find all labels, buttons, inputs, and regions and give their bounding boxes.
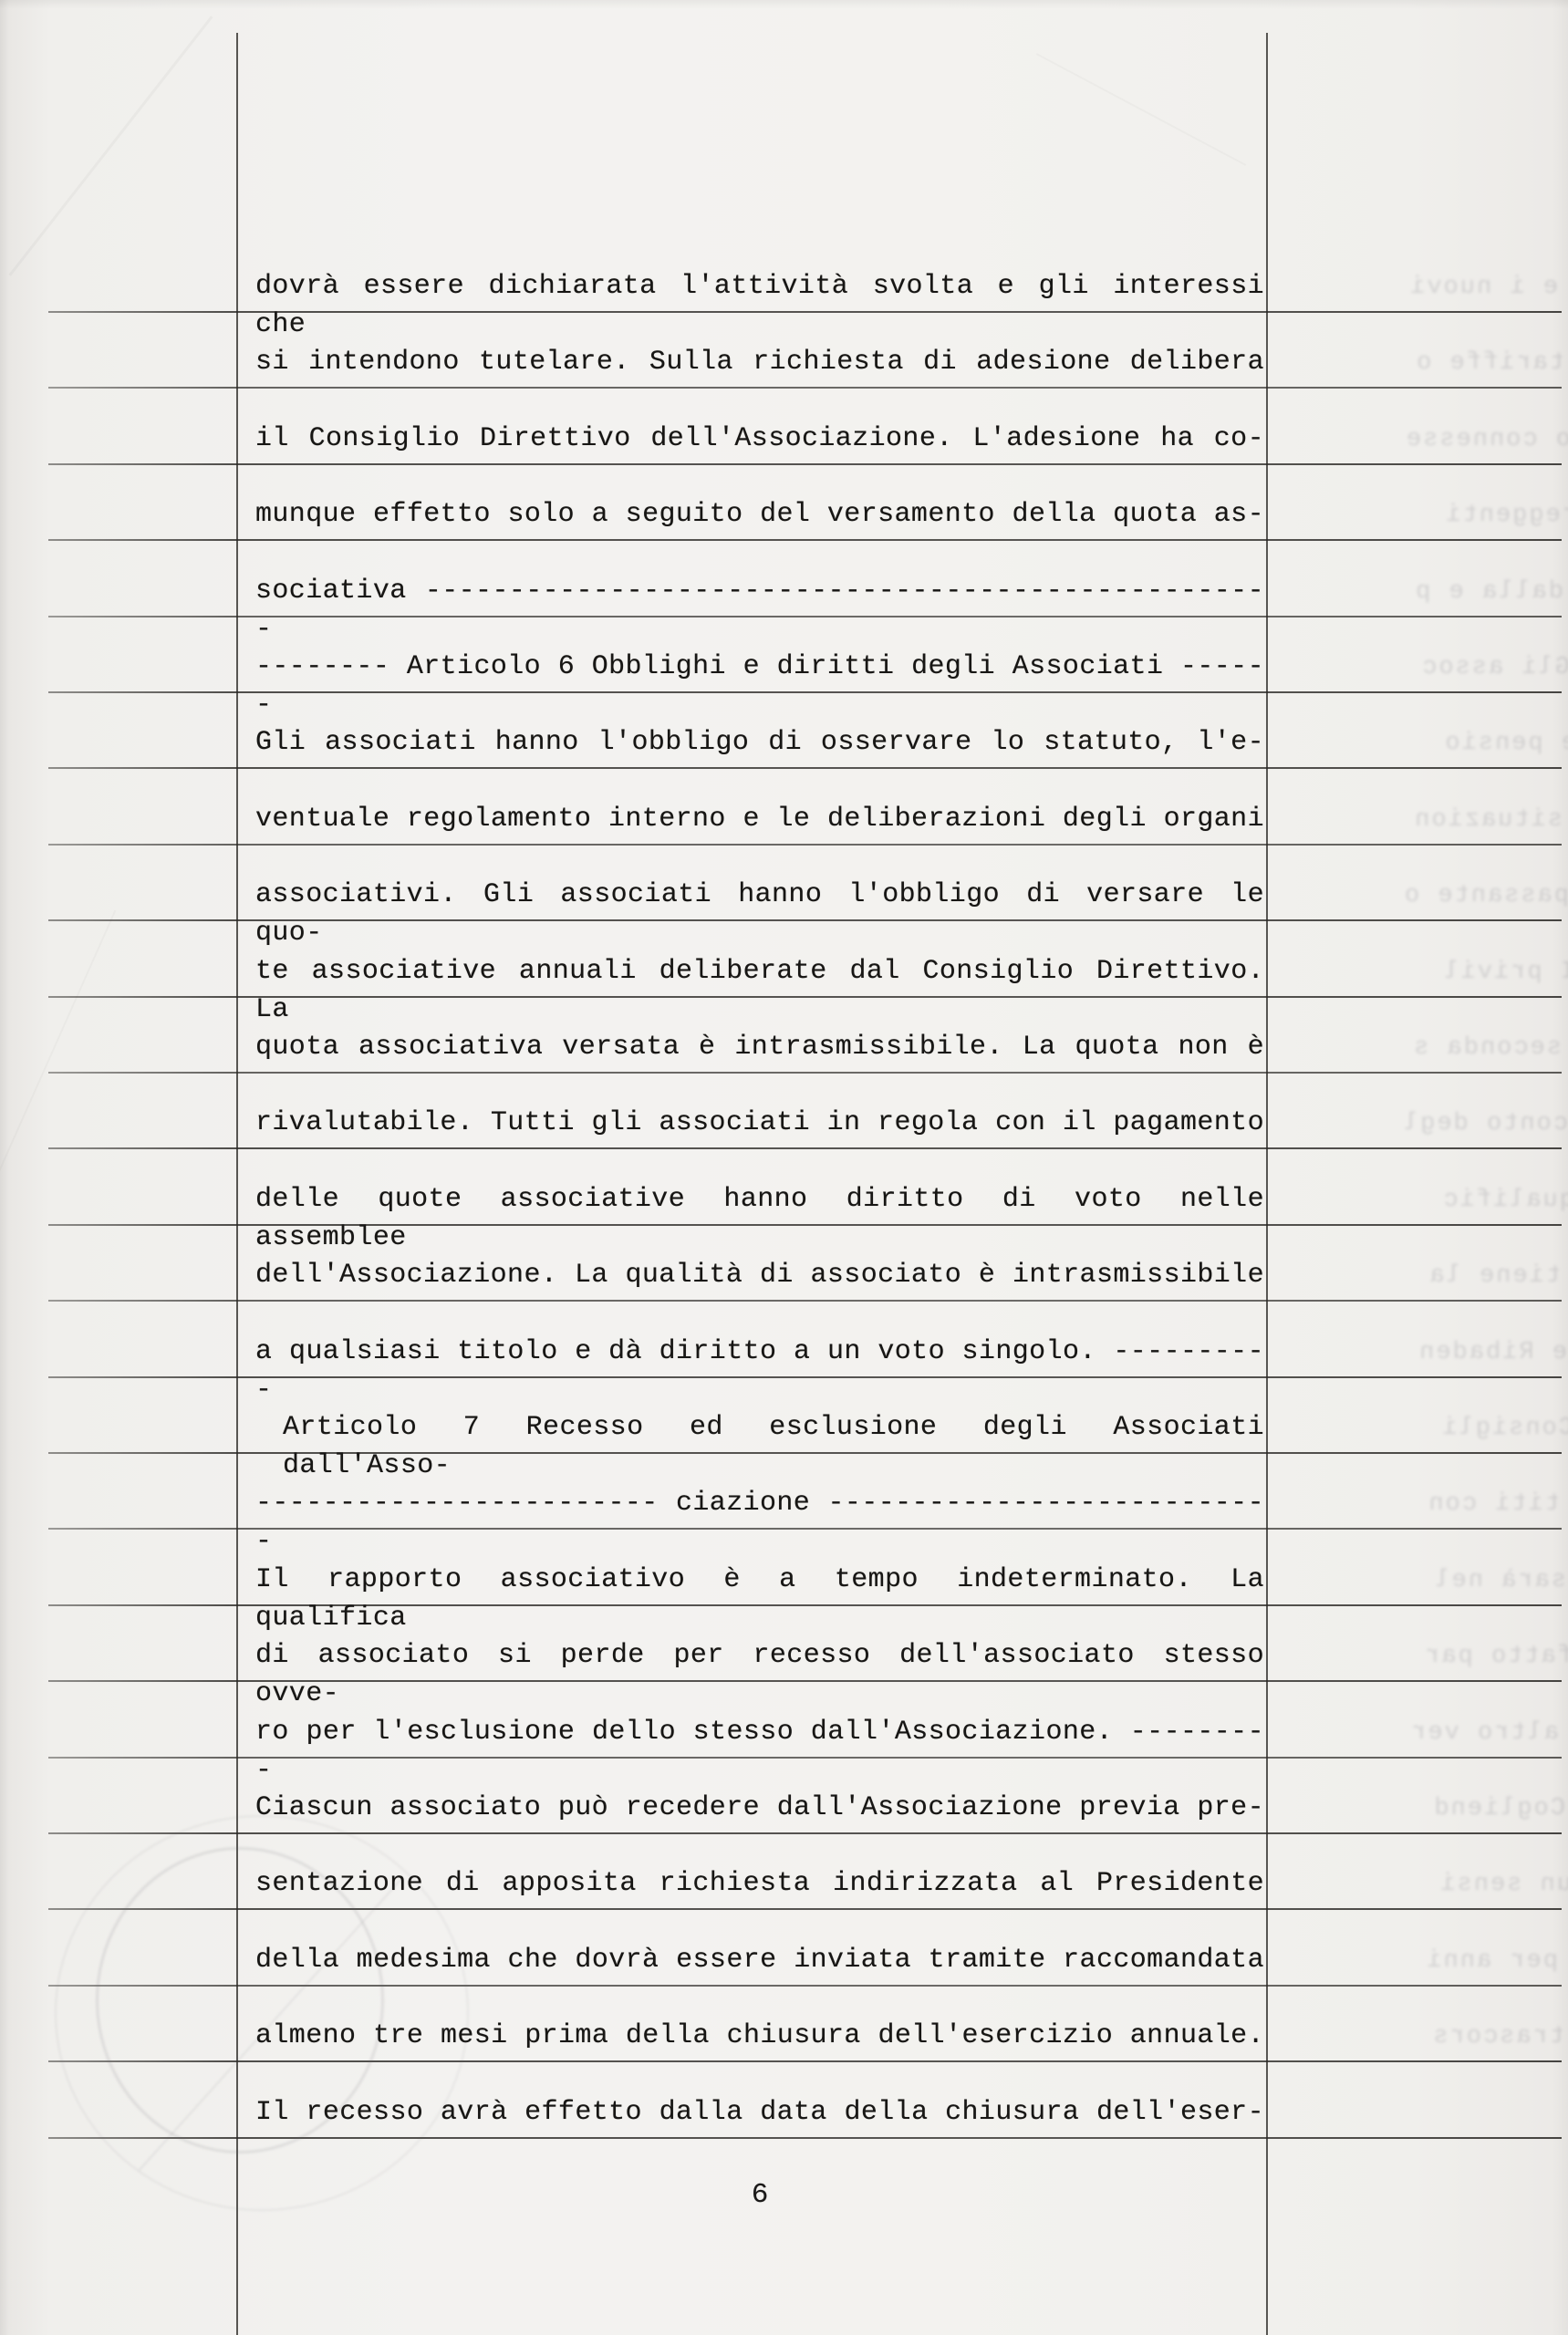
typewritten-line: quota associativa versata è intrasmissib… xyxy=(255,1028,1264,1066)
typewritten-line: il Consiglio Direttivo dell'Associazione… xyxy=(255,420,1264,458)
typewritten-line: Articolo 7 Recesso ed esclusione degli A… xyxy=(255,1408,1264,1447)
typewritten-line: sentazione di apposita richiesta indiriz… xyxy=(255,1864,1264,1903)
bleedthrough-fragment: passante o xyxy=(1295,877,1568,914)
bleedthrough-fragment: sarà nel xyxy=(1293,1562,1566,1599)
ruled-line xyxy=(48,1832,1562,1834)
paper-crease xyxy=(8,16,213,276)
ruled-line xyxy=(48,2060,1562,2062)
bleedthrough-fragment: dalla e p xyxy=(1290,574,1563,610)
ruled-line xyxy=(48,1072,1562,1074)
bleedthrough-fragment: e i nuovi xyxy=(1284,269,1558,306)
typewritten-line: munque effetto solo a seguito del versam… xyxy=(255,495,1264,534)
bleedthrough-fragment: Cogliend xyxy=(1292,1790,1565,1827)
bleedthrough-fragment: seconda s xyxy=(1288,1030,1562,1066)
bleedthrough-fragment: tiene la xyxy=(1287,1258,1561,1294)
ruled-line xyxy=(48,463,1562,465)
ruled-line xyxy=(48,616,1562,617)
bleedthrough-fragment: e pensio xyxy=(1303,725,1568,762)
ruled-line xyxy=(48,1452,1562,1454)
bleedthrough-fragment: situazion xyxy=(1289,802,1563,838)
bleedthrough-fragment: reggenti xyxy=(1303,497,1568,534)
typewritten-line: associativi. Gli associati hanno l'obbli… xyxy=(255,876,1264,914)
page-number: 6 xyxy=(255,2176,1264,2215)
bleedthrough-fragment: per anni xyxy=(1284,1943,1558,1979)
ruled-line xyxy=(48,1757,1562,1759)
paper-crease xyxy=(0,910,116,1261)
typewritten-line: si intendono tutelare. Sulla richiesta d… xyxy=(255,343,1264,381)
bleedthrough-fragment: o connesse xyxy=(1297,421,1568,458)
typewritten-line: Il rapporto associativo è a tempo indete… xyxy=(255,1561,1264,1599)
bleedthrough-fragment: conto degl xyxy=(1294,1105,1568,1142)
paper-crease xyxy=(1036,53,1247,166)
ruled-line xyxy=(48,387,1562,389)
bleedthrough-fragment: trascors xyxy=(1291,2018,1564,2055)
typewritten-line: ro per l'esclusione dello stesso dall'As… xyxy=(255,1713,1264,1751)
ruled-line xyxy=(48,539,1562,541)
typewritten-line: Gli associati hanno l'obbligo di osserva… xyxy=(255,723,1264,762)
typewritten-line: sociativa ------------------------------… xyxy=(255,572,1264,610)
ruled-line xyxy=(48,1908,1562,1910)
bleedthrough-fragment: fatto par xyxy=(1299,1638,1568,1675)
typewritten-line: almeno tre mesi prima della chiusura del… xyxy=(255,2017,1264,2055)
bleedthrough-fragment: titi con xyxy=(1286,1486,1560,1522)
bleedthrough-fragment: e Ribaden xyxy=(1293,1334,1567,1371)
ruled-line xyxy=(48,844,1562,846)
typewritten-line: ventuale regolamento interno e le delibe… xyxy=(255,800,1264,838)
ruled-line xyxy=(48,1376,1562,1378)
left-margin-rule xyxy=(236,33,238,2335)
typewritten-line: te associative annuali deliberate dal Co… xyxy=(255,952,1264,991)
typewritten-line: ------------------------ ciazione ------… xyxy=(255,1484,1264,1522)
typewritten-line: rivalutabile. Tutti gli associati in reg… xyxy=(255,1104,1264,1142)
typewritten-line: di associato si perde per recesso dell'a… xyxy=(255,1636,1264,1675)
bleedthrough-fragment: un sensi xyxy=(1298,1866,1568,1903)
ruled-line xyxy=(48,1147,1562,1149)
bleedthrough-fragment: Consigli xyxy=(1300,1410,1568,1447)
typewritten-line: Ciascun associato può recedere dall'Asso… xyxy=(255,1789,1264,1827)
bleedthrough-fragment: altro ver xyxy=(1285,1715,1559,1751)
typewritten-line: a qualsiasi titolo e dà diritto a un vot… xyxy=(255,1333,1264,1371)
ruled-line xyxy=(48,1985,1562,1987)
typewritten-line: Il recesso avrà effetto dalla data della… xyxy=(255,2093,1264,2132)
ruled-line xyxy=(48,767,1562,769)
ruled-line xyxy=(48,2137,1562,2139)
typewritten-line: dovrà essere dichiarata l'attività svolt… xyxy=(255,267,1264,306)
typewritten-line: -------- Articolo 6 Obblighi e diritti d… xyxy=(255,648,1264,686)
typewritten-line: dell'Associazione. La qualità di associa… xyxy=(255,1256,1264,1294)
bleedthrough-fragment: I privil xyxy=(1302,954,1568,991)
right-margin-rule xyxy=(1266,33,1268,2335)
ruled-line xyxy=(48,691,1562,693)
ruled-line xyxy=(48,1300,1562,1302)
bleedthrough-fragment: tariffe o xyxy=(1291,345,1564,381)
bleedthrough-fragment: Gli assoc xyxy=(1296,649,1568,686)
ruled-line xyxy=(48,1528,1562,1530)
typewritten-line: delle quote associative hanno diritto di… xyxy=(255,1180,1264,1219)
typewritten-line: della medesima che dovrà essere inviata … xyxy=(255,1941,1264,1979)
bleedthrough-fragment: qualific xyxy=(1301,1182,1568,1219)
scanned-document-page: dovrà essere dichiarata l'attività svolt… xyxy=(0,0,1568,2335)
